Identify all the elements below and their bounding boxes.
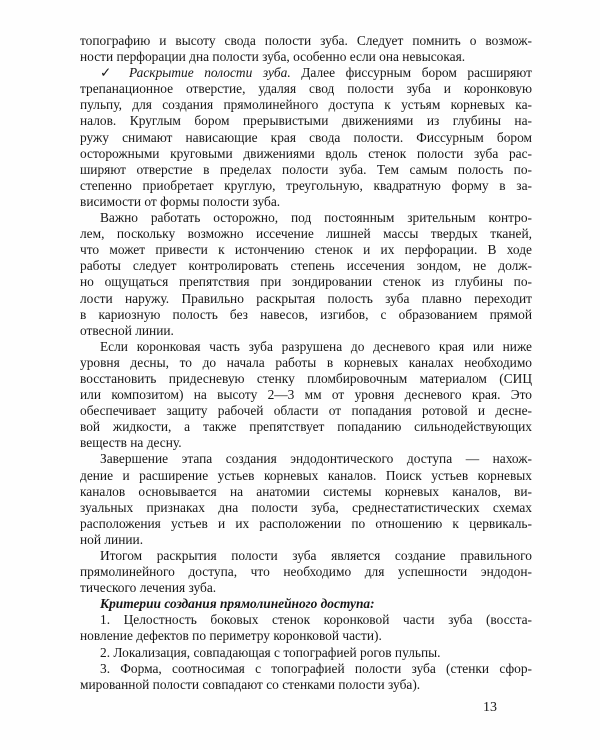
text-line: висимости от формы полости зуба. bbox=[80, 194, 532, 210]
body-text: ности перфорации дна полости зуба, особе… bbox=[80, 49, 465, 64]
text-line: Итогом раскрытия полости зуба является с… bbox=[80, 548, 532, 564]
body-text: лости наружу. Правильно раскрытая полост… bbox=[80, 291, 532, 306]
body-text: дение и расширение устьев корневых канал… bbox=[80, 468, 532, 483]
body-text: новление дефектов по периметру коронково… bbox=[80, 628, 382, 643]
body-text: налов. Круглым бором прерывистыми движен… bbox=[80, 113, 532, 128]
text-line: вой жидкости, а также препятствует попад… bbox=[80, 419, 532, 435]
text-line: Критерии создания прямолинейного доступа… bbox=[80, 596, 532, 612]
text-line: пульпу, для создания прямолинейного дост… bbox=[80, 97, 532, 113]
body-text: веществ на десну. bbox=[80, 435, 182, 450]
body-text: осторожными круговыми движениями вдоль с… bbox=[80, 146, 532, 161]
text-line: новление дефектов по периметру коронково… bbox=[80, 628, 532, 644]
document-page: топографию и высоту свода полости зуба. … bbox=[0, 0, 600, 750]
body-text: Далее фиссурным бором расширяют bbox=[291, 65, 532, 80]
text-line: 3. Форма, соотносимая с топографией поло… bbox=[80, 661, 532, 677]
body-text: вой жидкости, а также препятствует попад… bbox=[80, 419, 532, 434]
body-text: ной линии. bbox=[80, 532, 143, 547]
text-line: ширяют отверстие в пределах полости зуба… bbox=[80, 162, 532, 178]
text-line: лости наружу. Правильно раскрытая полост… bbox=[80, 291, 532, 307]
body-text: висимости от формы полости зуба. bbox=[80, 194, 280, 209]
body-text: уровня десны, то до начала работы в корн… bbox=[80, 355, 532, 370]
body-text: каналов основывается на анатомии системы… bbox=[80, 484, 532, 499]
body-text: топографию и высоту свода полости зуба. … bbox=[80, 33, 532, 48]
body-text: тического лечения зуба. bbox=[80, 580, 216, 595]
text-line: работы следует контролировать степень ис… bbox=[80, 258, 532, 274]
body-text: ширяют отверстие в пределах полости зуба… bbox=[80, 162, 532, 177]
text-line: мированной полости совпадают со стенками… bbox=[80, 677, 532, 693]
text-block: топографию и высоту свода полости зуба. … bbox=[80, 33, 532, 693]
body-text: лем, поскольку возможно иссечение лишней… bbox=[80, 226, 532, 241]
text-line: осторожными круговыми движениями вдоль с… bbox=[80, 146, 532, 162]
text-line: ✓ Раскрытие полости зуба. Далее фиссурны… bbox=[80, 65, 532, 81]
text-line: отвесной линии. bbox=[80, 323, 532, 339]
text-line: Важно работать осторожно, под постоянным… bbox=[80, 210, 532, 226]
body-text: отвесной линии. bbox=[80, 323, 174, 338]
body-text: 1. Целостность боковых стенок коронковой… bbox=[100, 612, 532, 627]
text-line: трепанационное отверстие, удаляя свод по… bbox=[80, 81, 532, 97]
criteria-heading-text: Критерии создания прямолинейного доступа… bbox=[100, 596, 375, 611]
text-line: ной линии. bbox=[80, 532, 532, 548]
text-line: расположения устьев и их расположении по… bbox=[80, 516, 532, 532]
text-line: ности перфорации дна полости зуба, особе… bbox=[80, 49, 532, 65]
text-line: уровня десны, то до начала работы в корн… bbox=[80, 355, 532, 371]
text-line: топографию и высоту свода полости зуба. … bbox=[80, 33, 532, 49]
body-text: 3. Форма, соотносимая с топографией поло… bbox=[100, 661, 532, 676]
body-text: что может привести к истончению стенок и… bbox=[80, 242, 532, 257]
text-line: 2. Локализация, совпадающая с топографие… bbox=[80, 645, 532, 661]
text-line: что может привести к истончению стенок и… bbox=[80, 242, 532, 258]
text-line: Завершение этапа создания эндодонтическо… bbox=[80, 451, 532, 467]
body-text: в кариозную полость без навесов, изгибов… bbox=[80, 307, 532, 322]
text-line: лем, поскольку возможно иссечение лишней… bbox=[80, 226, 532, 242]
body-text: прямолинейного доступа, что необходимо д… bbox=[80, 564, 532, 579]
text-line: веществ на десну. bbox=[80, 435, 532, 451]
body-text: мированной полости совпадают со стенками… bbox=[80, 677, 420, 692]
text-line: Если коронковая часть зуба разрушена до … bbox=[80, 339, 532, 355]
text-line: дение и расширение устьев корневых канал… bbox=[80, 468, 532, 484]
text-line: восстановить придесневую стенку пломбиро… bbox=[80, 371, 532, 387]
body-text: восстановить придесневую стенку пломбиро… bbox=[80, 371, 532, 386]
text-line: обеспечивает защиту рабочей области от п… bbox=[80, 403, 532, 419]
text-line: или композитом) на высоту 2—3 мм от уров… bbox=[80, 387, 532, 403]
body-text: степенно приобретает круглую, треугольну… bbox=[80, 178, 532, 193]
text-line: ружу снимают нависающие края свода полос… bbox=[80, 130, 532, 146]
body-text: зуальных признаках дна полости зуба, сре… bbox=[80, 500, 532, 515]
text-line: налов. Круглым бором прерывистыми движен… bbox=[80, 113, 532, 129]
page-number: 13 bbox=[470, 700, 510, 716]
body-text: Если коронковая часть зуба разрушена до … bbox=[100, 339, 532, 354]
body-text: 2. Локализация, совпадающая с топографие… bbox=[100, 645, 441, 660]
body-text: расположения устьев и их расположении по… bbox=[80, 516, 532, 531]
body-text: Важно работать осторожно, под постоянным… bbox=[100, 210, 532, 225]
text-line: но ощущаться препятствия при зондировани… bbox=[80, 274, 532, 290]
italic-lead-text: Раскрытие полости зуба. bbox=[129, 65, 291, 80]
text-line: тического лечения зуба. bbox=[80, 580, 532, 596]
body-text: или композитом) на высоту 2—3 мм от уров… bbox=[80, 387, 532, 402]
text-line: зуальных признаках дна полости зуба, сре… bbox=[80, 500, 532, 516]
text-line: 1. Целостность боковых стенок коронковой… bbox=[80, 612, 532, 628]
body-text: Итогом раскрытия полости зуба является с… bbox=[100, 548, 532, 563]
checkmark-icon: ✓ bbox=[100, 65, 129, 80]
body-text: пульпу, для создания прямолинейного дост… bbox=[80, 97, 532, 112]
body-text: обеспечивает защиту рабочей области от п… bbox=[80, 403, 532, 418]
body-text: но ощущаться препятствия при зондировани… bbox=[80, 274, 532, 289]
body-text: работы следует контролировать степень ис… bbox=[80, 258, 532, 273]
text-line: степенно приобретает круглую, треугольну… bbox=[80, 178, 532, 194]
body-text: трепанационное отверстие, удаляя свод по… bbox=[80, 81, 532, 96]
body-text: ружу снимают нависающие края свода полос… bbox=[80, 130, 532, 145]
text-line: в кариозную полость без навесов, изгибов… bbox=[80, 307, 532, 323]
text-line: каналов основывается на анатомии системы… bbox=[80, 484, 532, 500]
text-line: прямолинейного доступа, что необходимо д… bbox=[80, 564, 532, 580]
body-text: Завершение этапа создания эндодонтическо… bbox=[100, 451, 532, 466]
